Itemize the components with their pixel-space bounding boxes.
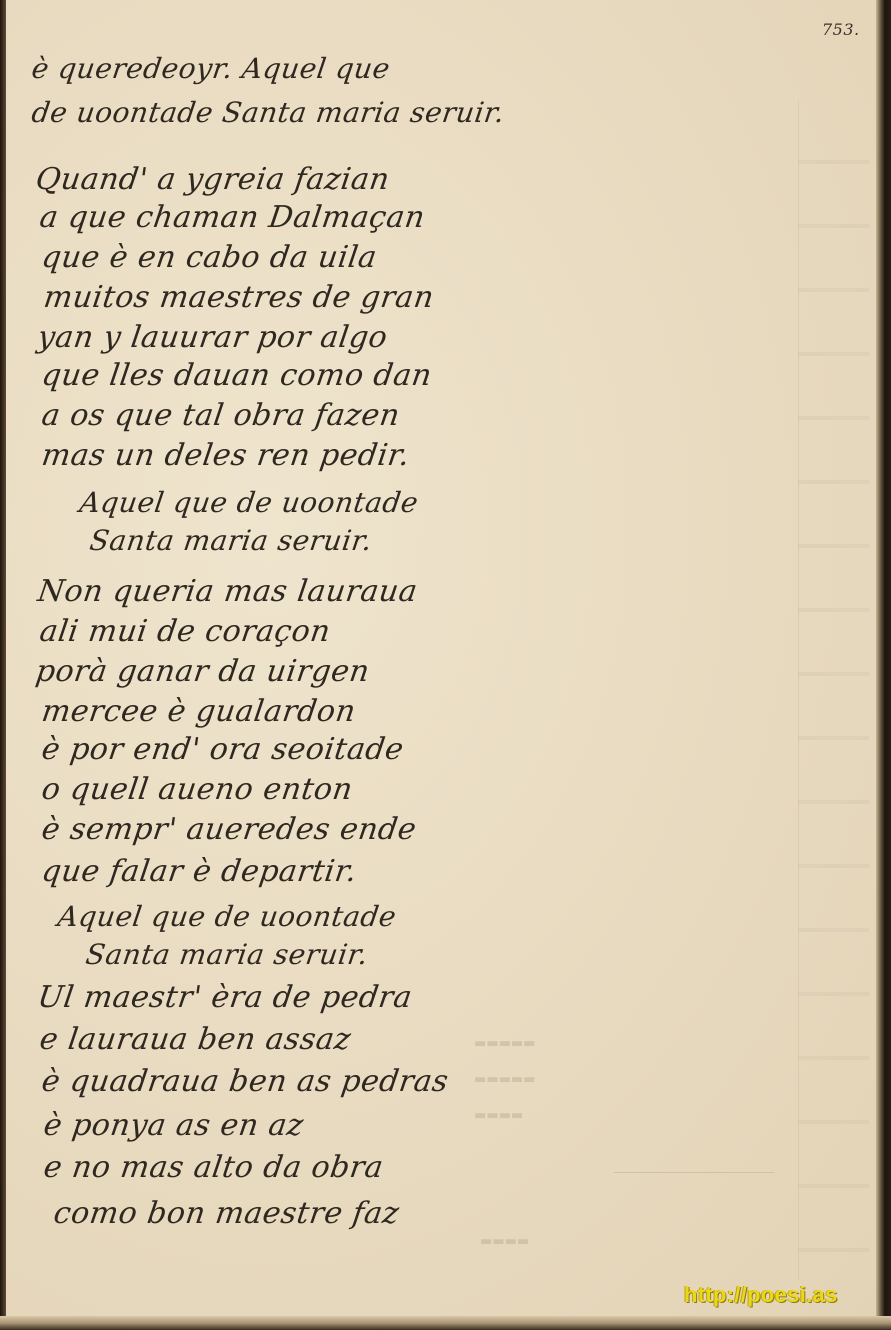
bleed-through-text: ​▬▬▬▬▬ [474,1036,535,1051]
text-line: muitos maestres de gran [42,280,437,315]
text-line: que è en cabo da uila [40,240,380,275]
page-edge-shadow [876,0,891,1330]
page-bottom-edge [0,1316,891,1330]
bleed-through-text: ​▬▬▬▬ [480,1234,529,1249]
text-line: Quand' a ygreia fazian [34,162,392,197]
refrain-line: Aquel que de uoontade [56,900,399,933]
text-line: a que chaman Dalmaçan [38,200,428,235]
text-line: mercee è gualardon [40,694,358,729]
text-line: mas un deles ren pedir. [40,438,412,473]
bleed-through-text: ​▬▬▬▬ [474,1108,523,1123]
text-line: porà ganar da uirgen [34,654,372,689]
text-line: de uoontade Santa maria seruir. [30,96,507,129]
text-line: e lauraua ben assaz [38,1022,354,1057]
text-line: o quell aueno enton [40,772,355,807]
text-line: è queredeoyr. Aquel que [30,52,393,85]
text-line: è ponya as en az [42,1108,306,1143]
text-line: è por end' ora seoitade [40,732,406,767]
text-line: è quadraua ben as pedras [40,1064,451,1099]
paper-watermark-pattern [798,100,869,1280]
manuscript-page: 753. è queredeoyr. Aquel que de uoontade… [6,0,877,1318]
page-number: 753. [822,20,860,39]
text-line: ali mui de coraçon [38,614,333,649]
refrain-line: Aquel que de uoontade [78,486,421,519]
watermark-url: http://poesi.as [684,1282,838,1308]
text-line: Ul maestr' èra de pedra [36,980,415,1015]
text-line: que falar è departir. [40,854,359,889]
text-line: yan y lauurar por algo [36,320,390,355]
text-line: Non queria mas lauraua [36,574,420,609]
text-line: a os que tal obra fazen [40,398,403,433]
bleed-through-rule [614,1172,774,1173]
refrain-line: Santa maria seruir. [84,938,371,971]
text-line: como bon maestre faz [52,1196,402,1231]
text-line: è sempr' aueredes ende [40,812,419,847]
refrain-line: Santa maria seruir. [88,524,375,557]
text-line: que lles dauan como dan [40,358,435,393]
text-line: e no mas alto da obra [42,1150,386,1185]
bleed-through-text: ​▬▬▬▬▬ [474,1072,535,1087]
